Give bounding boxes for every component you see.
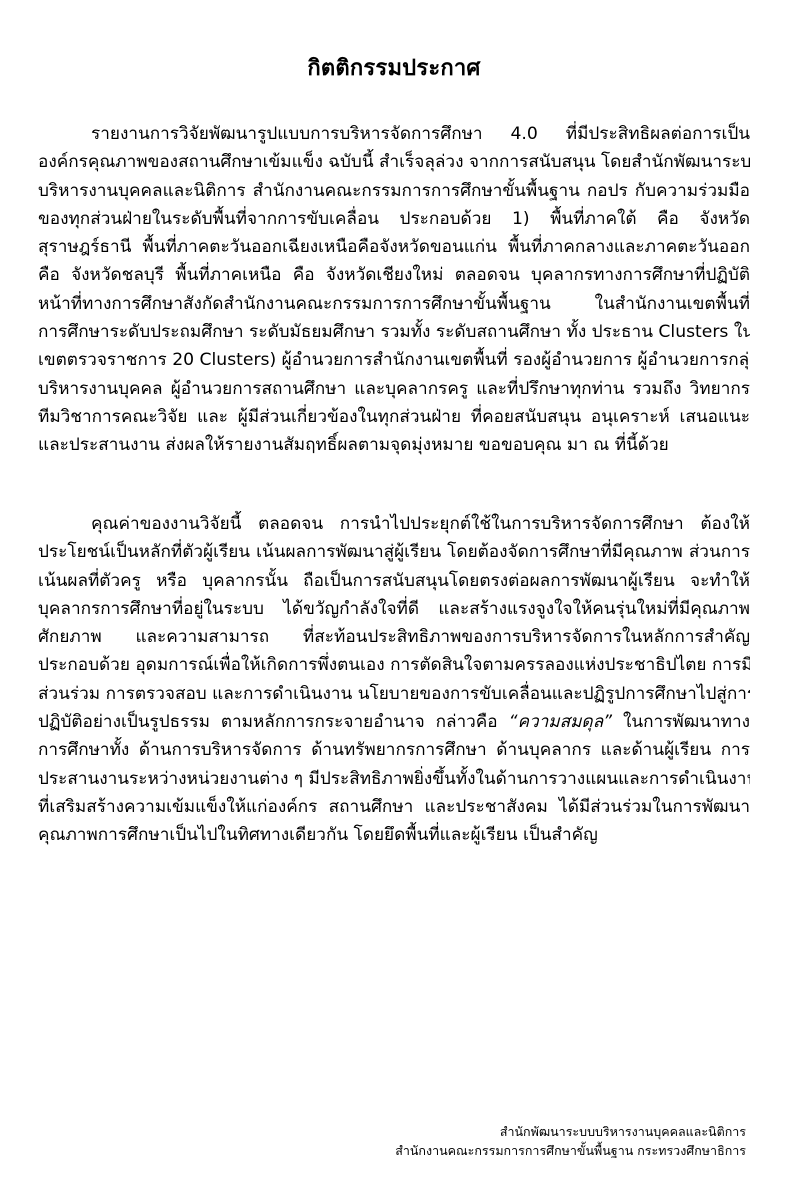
acknowledgement-paragraph-2: คุณค่าของงานวิจัยนี้ ตลอดจน การนำไปประยุ…	[38, 510, 750, 850]
paragraph-line: บริหารงานบุคคล ผู้อำนวยการสถานศึกษา และบ…	[38, 375, 750, 403]
paragraph-line: ประโยชน์เป็นหลักที่ตัวผู้เรียน เน้นผลการ…	[38, 538, 750, 566]
signature-line-agency: สำนักงานคณะกรรมการการศึกษาขั้นพื้นฐาน กร…	[395, 1141, 746, 1160]
quoted-term: “ความสมดุล”	[509, 712, 612, 732]
paragraph-line: ศักยภาพ และความสามารถ ที่สะท้อนประสิทธิภ…	[38, 623, 750, 651]
paragraph-line: คือ จังหวัดชลบุรี พื้นที่ภาคเหนือ คือ จั…	[38, 261, 750, 289]
line-text: ในการพัฒนาทาง	[623, 712, 750, 732]
paragraph-line: การศึกษาระดับประถมศึกษา ระดับมัธยมศึกษา …	[38, 318, 750, 346]
paragraph-line: เขตตรวจราชการ 20 Clusters) ผู้อำนวยการสำ…	[38, 346, 750, 374]
paragraph-line: บุคลากรการศึกษาที่อยู่ในระบบ ได้ขวัญกำลั…	[38, 595, 750, 623]
paragraph-line: หน้าที่ทางการศึกษาสังกัดสำนักงานคณะกรรมก…	[38, 290, 750, 318]
paragraph-line: คุณค่าของงานวิจัยนี้ ตลอดจน การนำไปประยุ…	[38, 510, 750, 538]
page-title: กิตติกรรมประกาศ	[0, 50, 788, 85]
paragraph-line: ส่วนร่วม การตรวจสอบ และการดำเนินงาน นโยบ…	[38, 680, 750, 708]
acknowledgement-paragraph-1: รายงานการวิจัยพัฒนารูปแบบการบริหารจัดการ…	[38, 120, 750, 460]
paragraph-line: ประสานงานระหว่างหน่วยงานต่าง ๆ มีประสิทธ…	[38, 765, 750, 793]
paragraph-line: คุณภาพการศึกษาเป็นไปในทิศทางเดียวกัน โดย…	[38, 821, 750, 849]
paragraph-line: ของทุกส่วนฝ่ายในระดับพื้นที่จากการขับเคล…	[38, 205, 750, 233]
paragraph-line: องค์กรคุณภาพของสถานศึกษาเข้มแข็ง ฉบับนี้…	[38, 148, 750, 176]
paragraph-line: ที่เสริมสร้างความเข้มแข็งให้แก่องค์กร สถ…	[38, 793, 750, 821]
paragraph-line: รายงานการวิจัยพัฒนารูปแบบการบริหารจัดการ…	[38, 120, 750, 148]
document-page: กิตติกรรมประกาศ รายงานการวิจัยพัฒนารูปแบ…	[0, 0, 788, 1190]
signature-line-office: สำนักพัฒนาระบบบริหารงานบุคคลและนิติการ	[395, 1122, 746, 1141]
paragraph-line: เน้นผลที่ตัวครู หรือ บุคลากรนั้น ถือเป็น…	[38, 567, 750, 595]
paragraph-line: ประกอบด้วย อุดมการณ์เพื่อให้เกิดการพึ่งต…	[38, 651, 750, 679]
paragraph-line: และประสานงาน ส่งผลให้รายงานสัมฤทธิ์ผลตาม…	[38, 431, 750, 459]
paragraph-line: การศึกษาทั้ง ด้านการบริหารจัดการ ด้านทรั…	[38, 736, 750, 764]
signature-block: สำนักพัฒนาระบบบริหารงานบุคคลและนิติการ ส…	[395, 1122, 746, 1160]
line-text: ปฏิบัติอย่างเป็นรูปธรรม ตามหลักการกระจาย…	[38, 712, 498, 732]
paragraph-line: ทีมวิชาการคณะวิจัย และ ผู้มีส่วนเกี่ยวข้…	[38, 403, 750, 431]
paragraph-line: บริหารงานบุคคลและนิติการ สำนักงานคณะกรรม…	[38, 177, 750, 205]
paragraph-line: สุราษฎร์ธานี พื้นที่ภาคตะวันออกเฉียงเหนื…	[38, 233, 750, 261]
paragraph-line-with-quote: ปฏิบัติอย่างเป็นรูปธรรม ตามหลักการกระจาย…	[38, 708, 750, 736]
